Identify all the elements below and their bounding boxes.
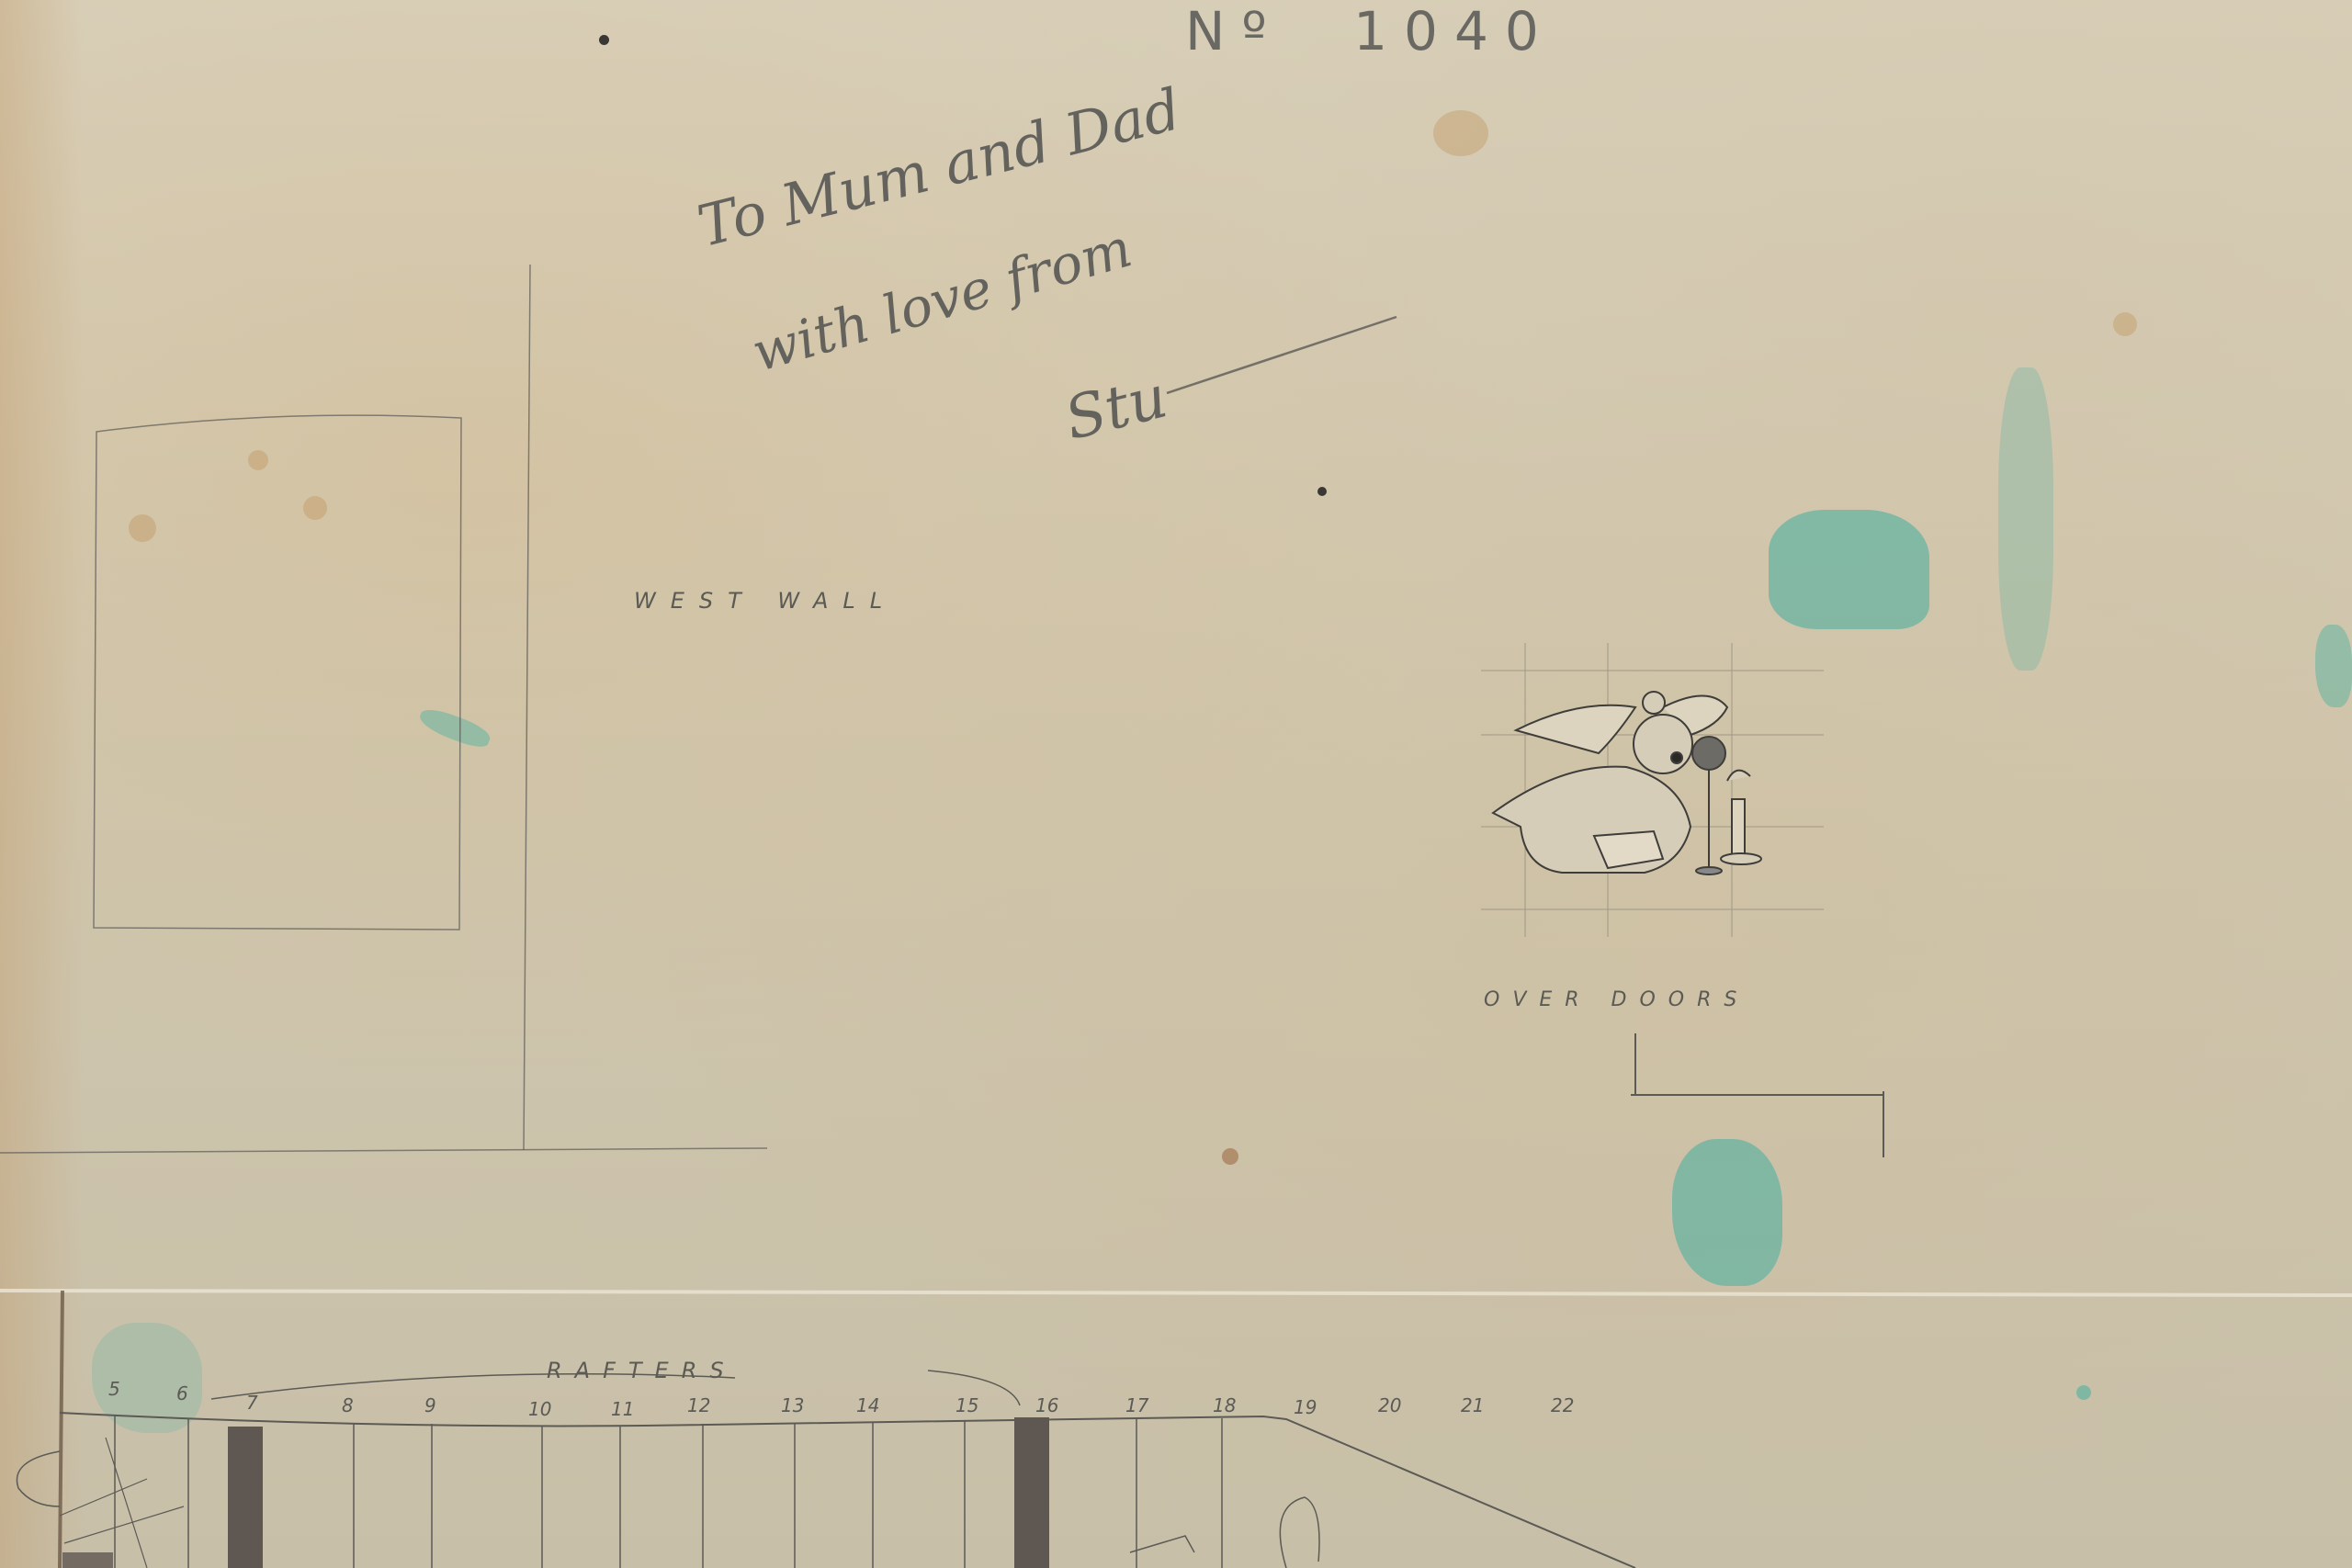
pencil-linework [0,0,2352,1568]
sheet-number-prefix: Nº [1185,0,1283,62]
rafter-number: 13 [781,1394,804,1416]
rafter-number: 14 [856,1394,879,1416]
paper-sheet: Nº 1040 To Mum and Dad with love from St… [0,0,2352,1568]
rafters-label: RAFTERS [547,1358,737,1383]
rafter-number: 19 [1294,1396,1317,1418]
rafter-number: 9 [424,1394,436,1416]
rafter-number: 18 [1213,1394,1236,1416]
sheet-number-value: 1040 [1353,0,1555,62]
rafter-number: 5 [108,1378,120,1400]
rafter-number: 21 [1461,1394,1484,1416]
koala-cherub-sketch [1493,692,1761,874]
rafter-number: 11 [611,1398,634,1420]
west-wall-label: WEST WALL [634,588,897,614]
over-doors-label: OVER DOORS [1484,988,1749,1011]
rafter-number: 22 [1551,1394,1574,1416]
rafter-number: 10 [528,1398,551,1420]
rafter-number: 6 [176,1382,188,1404]
sheet-number: Nº 1040 [1185,0,1555,62]
rafter-number: 12 [687,1394,710,1416]
rafter-number: 8 [342,1394,354,1416]
rafter-number: 20 [1378,1394,1401,1416]
rafter-number: 17 [1125,1394,1148,1416]
rafter-number: 7 [246,1392,258,1414]
rafter-number: 16 [1035,1394,1058,1416]
rafter-number: 15 [955,1394,978,1416]
